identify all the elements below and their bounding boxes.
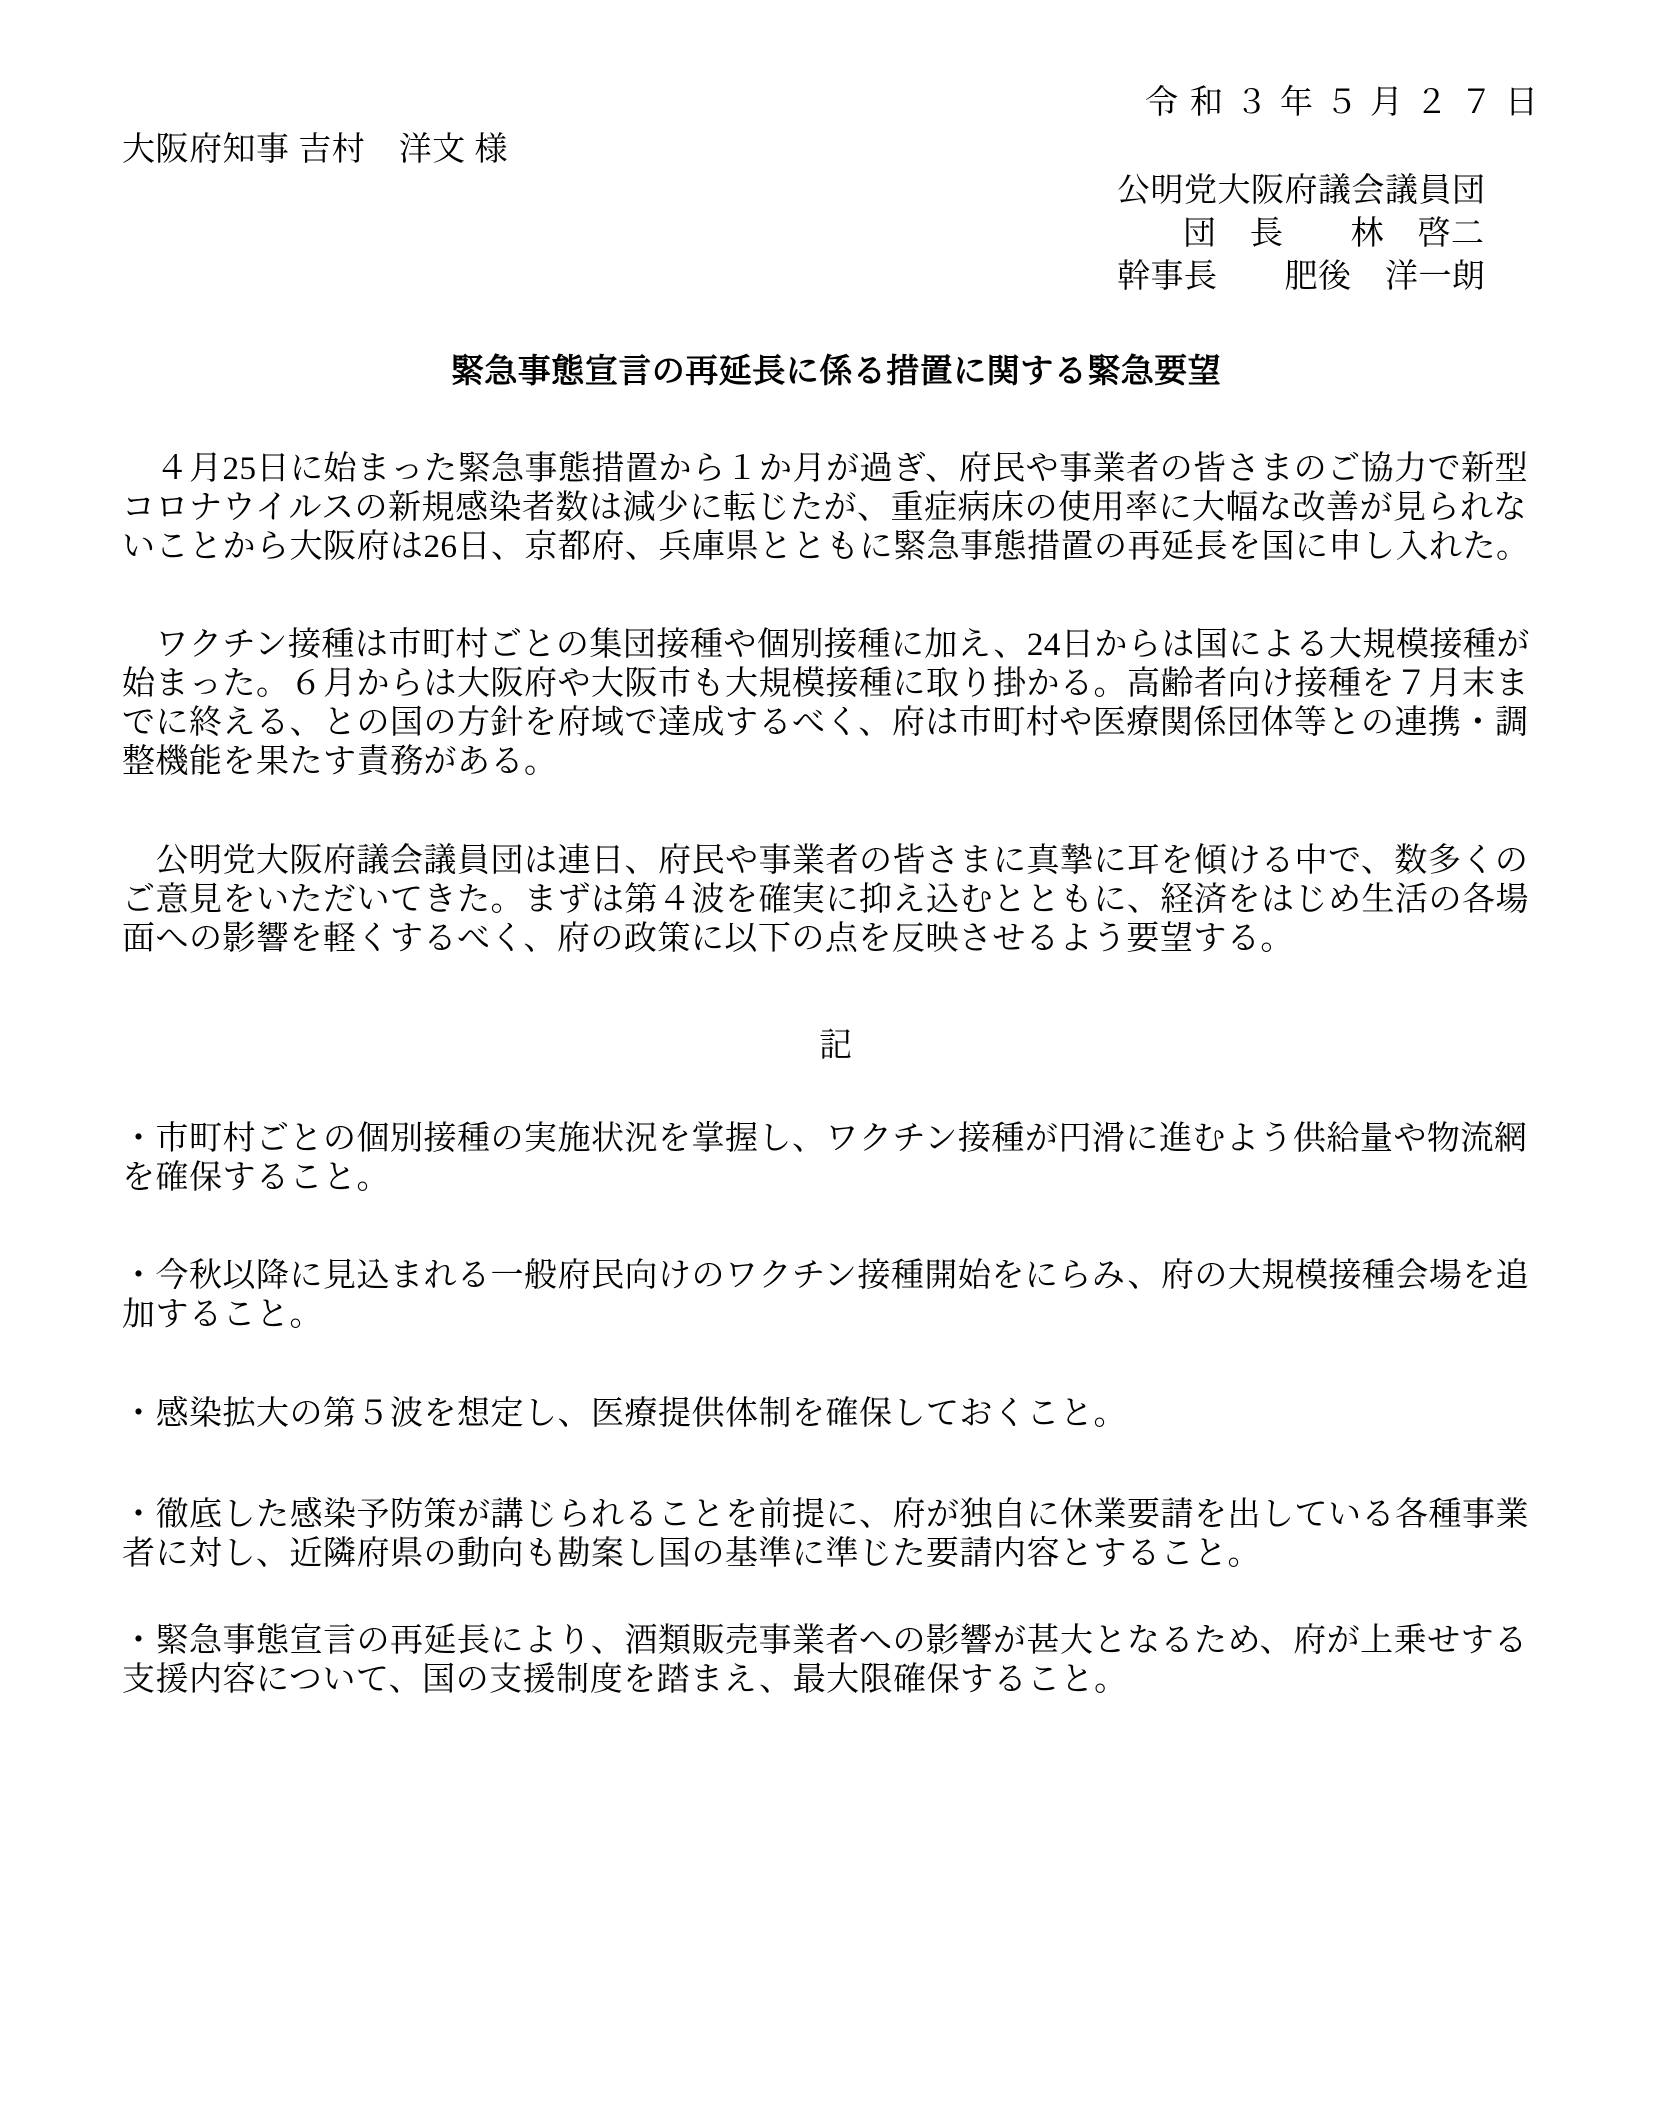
request-item: ・今秋以降に見込まれる一般府民向けのワクチン接種開始をにらみ、府の大規模接種会場… — [122, 1257, 1550, 1335]
document-page: 令和３年５月２７日 大阪府知事 吉村 洋文 様 公明党大阪府議会議員団 団 長 … — [0, 0, 1668, 2126]
sender-block: 公明党大阪府議会議員団 団 長 林 啓二 幹事長 肥後 洋一朗 — [1117, 170, 1550, 299]
request-item: ・感染拡大の第５波を想定し、医療提供体制を確保しておくこと。 — [122, 1395, 1550, 1434]
request-item: ・市町村ごとの個別接種の実施状況を掌握し、ワクチン接種が円滑に進むよう供給量や物… — [122, 1120, 1550, 1198]
paragraph-vaccination: ワクチン接種は市町村ごとの集団接種や個別接種に加え、24日からは国による大規模接… — [122, 626, 1550, 782]
request-item: ・徹底した感染予防策が講じられることを前提に、府が独自に休業要請を出している各種… — [122, 1496, 1550, 1574]
request-item: ・緊急事態宣言の再延長により、酒類販売事業者への影響が甚大となるため、府が上乗せ… — [122, 1622, 1550, 1700]
addressee-line: 大阪府知事 吉村 洋文 様 — [122, 131, 1550, 170]
sender-organization: 公明党大阪府議会議員団 — [1117, 170, 1550, 213]
paragraph-request-preamble: 公明党大阪府議会議員団は連日、府民や事業者の皆さまに真摯に耳を傾ける中で、数多く… — [122, 842, 1550, 959]
document-title: 緊急事態宣言の再延長に係る措置に関する緊急要望 — [122, 353, 1550, 392]
sender-secretary-general: 幹事長 肥後 洋一朗 — [1117, 256, 1550, 299]
document-date: 令和３年５月２７日 — [122, 84, 1550, 123]
paragraph-intro: ４月25日に始まった緊急事態措置から１か月が過ぎ、府民や事業者の皆さまのご協力で… — [122, 450, 1550, 567]
sender-leader: 団 長 林 啓二 — [1183, 213, 1550, 256]
ki-marker: 記 — [122, 1027, 1550, 1066]
